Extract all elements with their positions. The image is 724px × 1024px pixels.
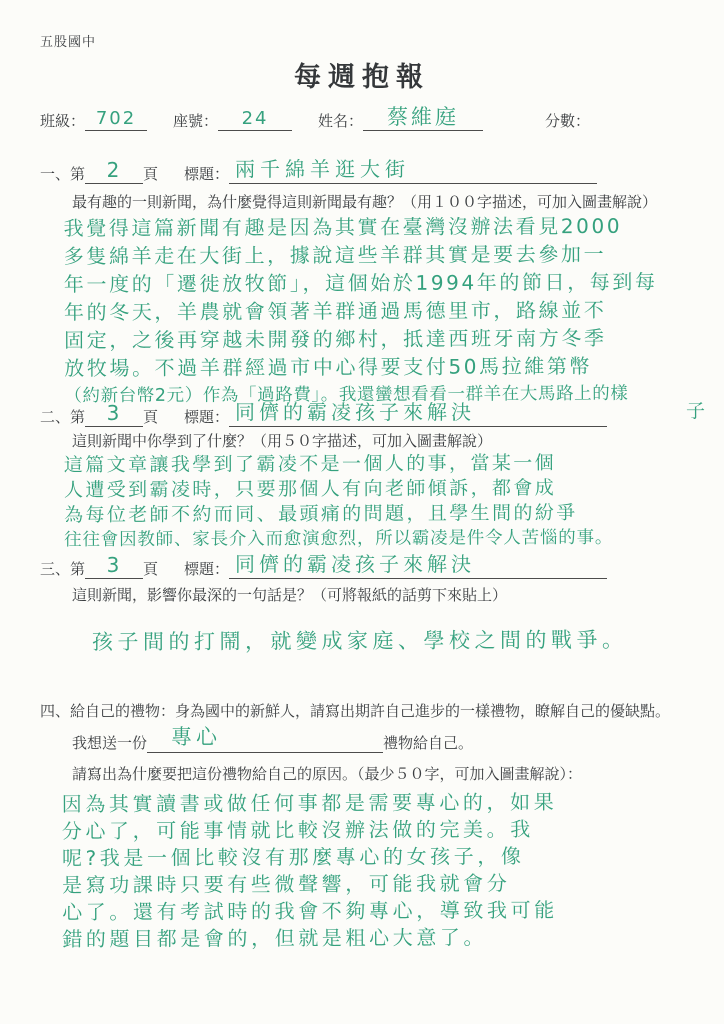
seat-label: 座號： xyxy=(173,112,218,130)
section1-page-suffix: 頁 xyxy=(143,165,158,183)
section2-page-value: 3 xyxy=(107,403,122,423)
answer-line: 是寫功課時只要有些微聲響，可能我就會分 xyxy=(62,870,558,899)
answer-line: 錯的題目都是會的，但就是粗心大意了。 xyxy=(62,924,558,953)
section3-page-field: 3 xyxy=(85,558,143,579)
section1-title-value: 兩千綿羊逛大街 xyxy=(235,159,410,179)
section3-title-value: 同儕的霸凌孩子來解決 xyxy=(235,554,475,574)
section4-heading: 四、給自己的禮物：身為國中的新鮮人，請寫出期許自己進步的一樣禮物，瞭解自己的優缺… xyxy=(40,700,670,721)
section2-prefix: 二、第 xyxy=(40,408,85,426)
section4-question: 請寫出為什麼要把這份禮物給自己的原因。（最少５０字，可加入圖畫解說）： xyxy=(72,763,582,784)
section1-question: 最有趣的一則新聞，為什麼覺得這則新聞最有趣？（用１００字描述，可加入圖畫解說） xyxy=(72,191,657,212)
section2-answer: 這篇文章讓我學到了霸凌不是一個人的事，當某一個 人遭受到霸凌時，只要那個人有向老… xyxy=(64,451,613,553)
answer-line: 年一度的「遷徙放牧節」，這個始於1994年的節日，每到每 xyxy=(64,268,658,299)
answer-line: 為每位老師不約而同、最頭痛的問題，且學生間的紛爭 xyxy=(64,501,613,528)
section3-prefix: 三、第 xyxy=(40,560,85,578)
section3-question: 這則新聞，影響你最深的一句話是？（可將報紙的話剪下來貼上） xyxy=(72,584,507,605)
section4-gift-row: 我想送一份專心禮物給自己。 xyxy=(72,732,473,753)
name-value: 蔡維庭 xyxy=(387,107,459,127)
section3-page-value: 3 xyxy=(107,555,122,575)
section2-page-field: 3 xyxy=(85,406,143,427)
gift-value: 專心 xyxy=(171,727,221,747)
answer-line: 呢?我是一個比較沒有那麼專心的女孩子，像 xyxy=(62,843,558,872)
section2-header: 二、第3頁標題：同儕的霸凌孩子來解決 xyxy=(40,406,607,427)
student-info-row: 班級：702座號：24姓名：蔡維庭 xyxy=(40,110,483,131)
worksheet-page: 五股國中 每週抱報 班級：702座號：24姓名：蔡維庭 分數： 一、第2頁標題：… xyxy=(0,0,724,1024)
gift-field: 專心 xyxy=(147,732,383,753)
section3-header: 三、第3頁標題：同儕的霸凌孩子來解決 xyxy=(40,558,607,579)
seat-field: 24 xyxy=(218,110,292,131)
section3-answer: 孩子間的打鬧，就變成家庭、學校之間的戰爭。 xyxy=(92,624,628,656)
section2-question: 這則新聞中你學到了什麼？（用５０字描述，可加入圖畫解說） xyxy=(72,430,492,451)
score-label: 分數： xyxy=(545,112,590,130)
answer-line: 放牧場。不過羊群經過市中心得要支付50馬拉維第幣 xyxy=(64,352,658,383)
answer-line: 分心了，可能事情就比較沒辦法做的完美。我 xyxy=(62,816,558,845)
answer-line: 心了。還有考試時的我會不夠專心，導致我可能 xyxy=(62,897,558,926)
section1-page-value: 2 xyxy=(107,160,122,180)
class-value: 702 xyxy=(96,109,136,129)
answer-line: 這篇文章讓我學到了霸凌不是一個人的事，當某一個 xyxy=(64,451,613,478)
answer-line: 固定，之後再穿越未開發的鄉村，抵達西班牙南方冬季 xyxy=(64,324,658,355)
section3-page-suffix: 頁 xyxy=(143,560,158,578)
answer-line: 因為其實讀書或做任何事都是需要專心的，如果 xyxy=(62,789,558,818)
section1-header: 一、第2頁標題：兩千綿羊逛大街 xyxy=(40,163,597,184)
section1-prefix: 一、第 xyxy=(40,165,85,183)
answer-line: 我覺得這篇新聞有趣是因為其實在臺灣沒辦法看見2000 xyxy=(64,212,658,243)
section1-page-field: 2 xyxy=(85,163,143,184)
school-name: 五股國中 xyxy=(40,31,96,50)
gift-prefix: 我想送一份 xyxy=(72,734,147,752)
section2-page-suffix: 頁 xyxy=(143,408,158,426)
answer-line: 多隻綿羊走在大街上，據說這些羊群其實是要去參加一 xyxy=(64,240,658,271)
name-field: 蔡維庭 xyxy=(363,110,483,131)
gift-suffix: 禮物給自己。 xyxy=(383,734,473,752)
section1-answer: 我覺得這篇新聞有趣是因為其實在臺灣沒辦法看見2000 多隻綿羊走在大街上，據說這… xyxy=(64,212,659,411)
section1-title-field: 兩千綿羊逛大街 xyxy=(229,163,597,184)
section3-title-label: 標題： xyxy=(184,560,229,578)
name-label: 姓名： xyxy=(318,112,363,130)
section3-title-field: 同儕的霸凌孩子來解決 xyxy=(229,558,607,579)
class-label: 班級： xyxy=(40,112,85,130)
section4-answer: 因為其實讀書或做任何事都是需要專心的，如果 分心了，可能事情就比較沒辦法做的完美… xyxy=(62,789,558,953)
section1-title-label: 標題： xyxy=(184,165,229,183)
page-title: 每週抱報 xyxy=(0,55,724,94)
section1-answer-overflow: 子 xyxy=(686,396,705,423)
section2-title-label: 標題： xyxy=(184,408,229,426)
section2-title-value: 同儕的霸凌孩子來解決 xyxy=(235,402,475,422)
section2-title-field: 同儕的霸凌孩子來解決 xyxy=(229,406,607,427)
answer-line: 往往會因教師、家長介入而愈演愈烈，所以霸凌是件令人苦惱的事。 xyxy=(64,526,613,553)
class-field: 702 xyxy=(85,110,147,131)
answer-line: 人遭受到霸凌時，只要那個人有向老師傾訴，都會成 xyxy=(64,476,613,503)
score-row: 分數： xyxy=(545,110,590,131)
seat-value: 24 xyxy=(242,109,269,129)
answer-line: 年的冬天，羊農就會領著羊群通過馬德里市，路線並不 xyxy=(64,296,658,327)
